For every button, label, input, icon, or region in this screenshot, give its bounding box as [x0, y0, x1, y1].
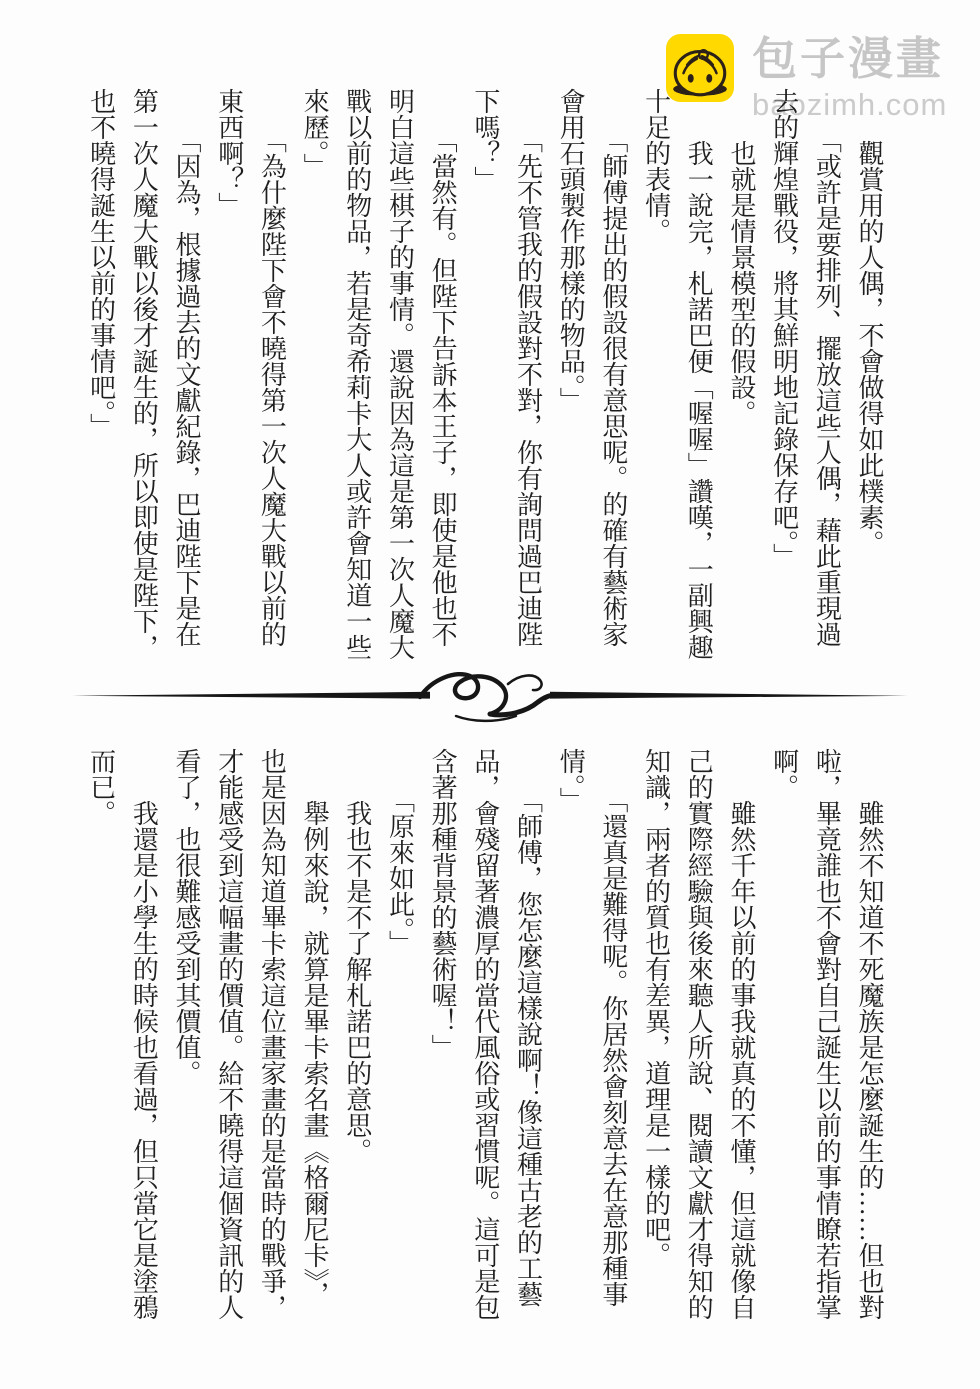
text-column: 「原來如此。」 [376, 748, 419, 1322]
text-column: 「當然有。但陛下告訴本王子，即使是他也不 [418, 88, 461, 662]
text-column: 我一說完，札諾巴便「喔喔」讚嘆，一副興趣 [675, 88, 718, 662]
text-column: 「先不管我的假設對不對，你有詢問過巴迪陛 [504, 88, 547, 662]
text-column: 「為什麼陛下會不曉得第一次人魔大戰以前的 [248, 88, 291, 662]
text-section-bottom: 雖然不知道不死魔族是怎麼誕生的……但也對啦，畢竟誰也不會對自己誕生以前的事情瞭若… [77, 748, 888, 1322]
text-column: 「或許是要排列、擺放這些人偶，藉此重現過 [803, 88, 846, 662]
text-column: 雖然千年以前的事我就真的不懂，但這就像自 [717, 748, 760, 1322]
text-column: 第一次人魔大戰以後才誕生的，所以即使是陛下， [120, 88, 163, 662]
section-divider-flourish [68, 664, 912, 730]
text-column: 戰以前的物品，若是奇希莉卡大人或許會知道一些 [333, 88, 376, 662]
text-column: 看了，也很難感受到其價值。 [162, 748, 205, 1322]
text-column: 情。」 [547, 748, 590, 1322]
text-column: 啦，畢竟誰也不會對自己誕生以前的事情瞭若指掌 [803, 748, 846, 1322]
text-column: 東西啊？」 [205, 88, 248, 662]
text-column: 觀賞用的人偶，不會做得如此樸素。 [845, 88, 888, 662]
text-column: 「師傅，您怎麼這樣說啊！像這種古老的工藝 [504, 748, 547, 1322]
text-column: 「因為，根據過去的文獻紀錄，巴迪陛下是在 [162, 88, 205, 662]
text-column: 會用石頭製作那樣的物品。」 [547, 88, 590, 662]
text-column: 「師傅提出的假設很有意思呢。的確有藝術家 [589, 88, 632, 662]
text-column: 知識，兩者的質也有差異，道理是一樣的吧。 [632, 748, 675, 1322]
text-section-top: 觀賞用的人偶，不會做得如此樸素。 「或許是要排列、擺放這些人偶，藉此重現過去的輝… [77, 88, 888, 662]
text-column: 己的實際經驗與後來聽人所說、閱讀文獻才得知的 [675, 748, 718, 1322]
text-column: 含著那種背景的藝術喔！」 [418, 748, 461, 1322]
text-column: 而已。 [77, 748, 120, 1322]
text-column: 品，會殘留著濃厚的當代風俗或習慣呢。這可是包 [461, 748, 504, 1322]
text-column: 也是因為知道畢卡索這位畫家畫的是當時的戰爭， [248, 748, 291, 1322]
text-column: 來歷。」 [290, 88, 333, 662]
text-column: 「還真是難得呢。你居然會刻意去在意那種事 [589, 748, 632, 1322]
text-column: 下嗎？」 [461, 88, 504, 662]
text-column: 我還是小學生的時候也看過，但只當它是塗鴉 [120, 748, 163, 1322]
text-column: 雖然不知道不死魔族是怎麼誕生的……但也對 [845, 748, 888, 1322]
text-column: 啊。 [760, 748, 803, 1322]
watermark-brand: 包子漫畫 [752, 34, 947, 84]
text-column: 明白這些棋子的事情。還說因為這是第一次人魔大 [376, 88, 419, 662]
text-column: 我也不是不了解札諾巴的意思。 [333, 748, 376, 1322]
text-column: 十足的表情。 [632, 88, 675, 662]
text-column: 也就是情景模型的假設。 [717, 88, 760, 662]
text-column: 也不曉得誕生以前的事情吧。」 [77, 88, 120, 662]
text-column: 去的輝煌戰役，將其鮮明地記錄保存吧。」 [760, 88, 803, 662]
text-column: 舉例來說，就算是畢卡索名畫《格爾尼卡》， [290, 748, 333, 1322]
text-column: 才能感受到這幅畫的價值。給不曉得這個資訊的人 [205, 748, 248, 1322]
